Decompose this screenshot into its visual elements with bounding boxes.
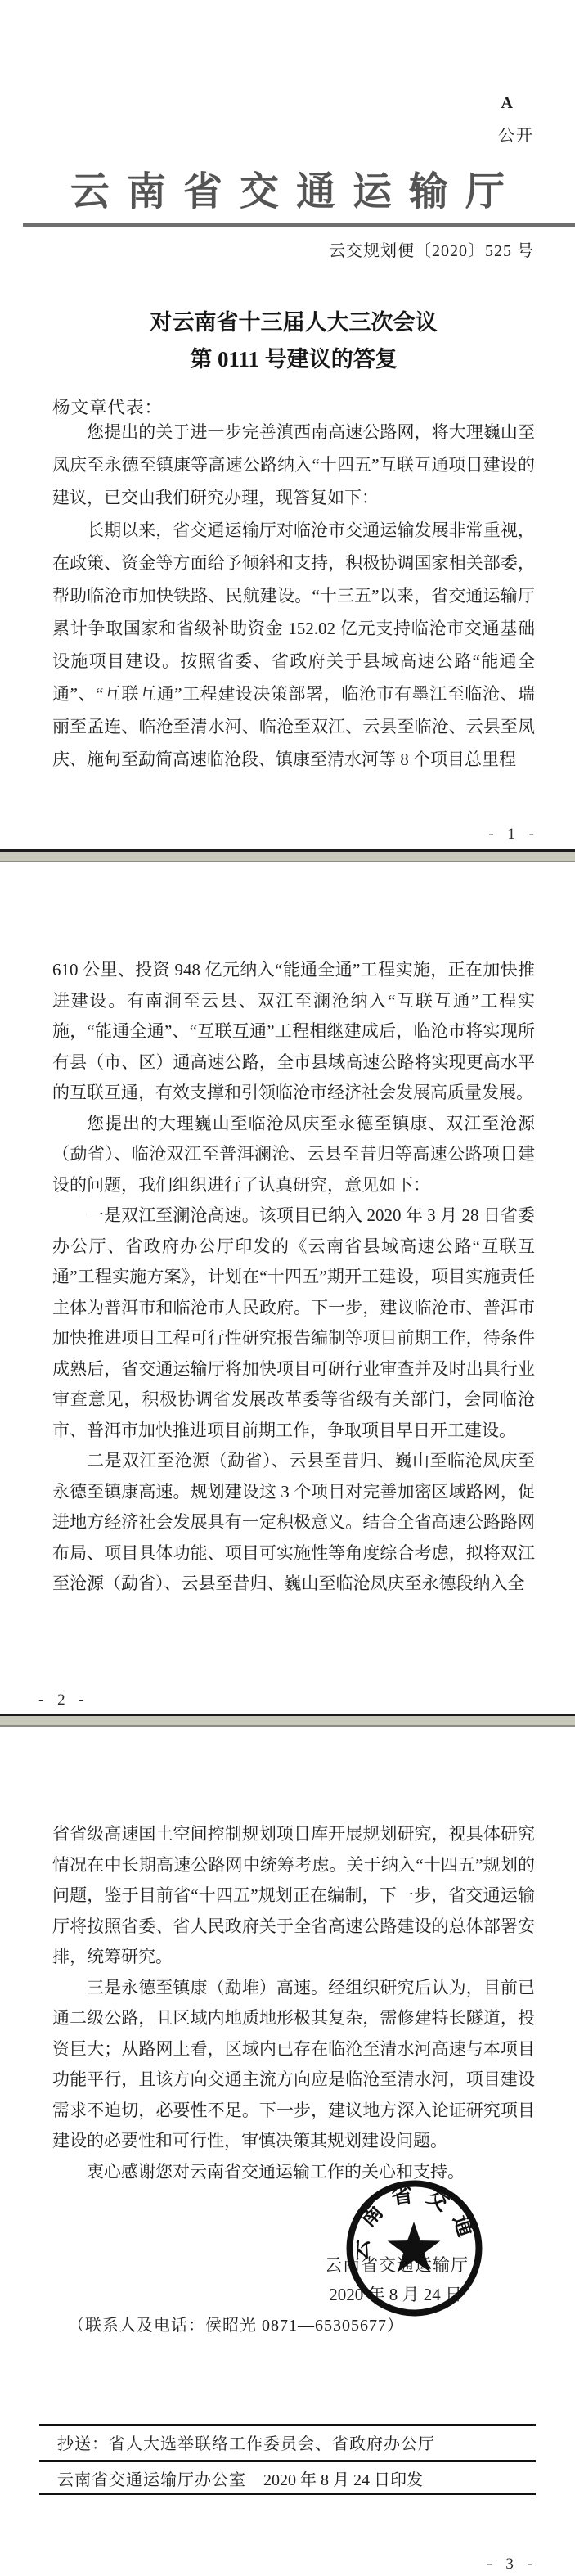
imprint-rule-middle — [39, 2460, 536, 2462]
document-title-line2: 第 0111 号建议的答复 — [190, 347, 398, 372]
document-title: 对云南省十三届人大三次会议 第 0111 号建议的答复 — [52, 304, 535, 378]
body-paragraph: 省省级高速国土空间控制规划项目库开展规划研究，视具体研究情况在中长期高速公路网中… — [52, 1819, 535, 1973]
imprint-rule-bottom — [39, 2493, 536, 2495]
body-paragraph: 您提出的大理巍山至临沧凤庆至永德至镇康、双江至沧源（勐省）、临沧双江至普洱澜沧、… — [52, 1109, 535, 1201]
page-separator — [0, 1714, 575, 1727]
security-classification: A — [501, 93, 513, 113]
letterhead-org-title: 云南省交通运输厅 — [0, 169, 575, 215]
contact-line: （联系人及电话：侯昭光 0871—65305677） — [68, 2316, 404, 2335]
page2-body: 610 公里、投资 948 亿元纳入“能通全通”工程实施，正在加快推进建设。有南… — [52, 955, 535, 1600]
document-number: 云交规划便〔2020〕525 号 — [329, 241, 534, 261]
page-separator — [0, 849, 575, 862]
body-paragraph: 610 公里、投资 948 亿元纳入“能通全通”工程实施，正在加快推进建设。有南… — [52, 955, 535, 1109]
official-seal: 云南省交通运输厅 — [344, 2177, 485, 2319]
publicity-label: 公开 — [498, 126, 534, 146]
document-title-line1: 对云南省十三届人大三次会议 — [150, 310, 438, 335]
scanned-official-document: A 公开 云南省交通运输厅 云交规划便〔2020〕525 号 对云南省十三届人大… — [0, 0, 575, 2576]
body-paragraph: 一是双江至澜沧高速。该项目已纳入 2020 年 3 月 28 日省委办公厅、省政… — [52, 1200, 535, 1446]
body-paragraph: 二是双江至沧源（勐省）、云县至昔归、巍山至临沧凤庆至永德至镇康高速。规划建设这 … — [52, 1446, 535, 1600]
body-paragraph: 您提出的关于进一步完善滇西南高速公路网，将大理巍山至凤庆至永德至镇康等高速公路纳… — [52, 416, 535, 514]
page1-body: 您提出的关于进一步完善滇西南高速公路网，将大理巍山至凤庆至永德至镇康等高速公路纳… — [52, 416, 535, 776]
page-number-1: - 1 - — [488, 825, 539, 844]
body-paragraph: 三是永德至镇康（勐堆）高速。经组织研究后认为，目前已通二级公路，且区域内地质地形… — [52, 1973, 535, 2157]
letterhead-divider — [23, 223, 575, 227]
page-number-2: - 2 - — [38, 1691, 89, 1710]
page3-body: 省省级高速国土空间控制规划项目库开展规划研究，视具体研究情况在中长期高速公路网中… — [52, 1819, 535, 2187]
body-paragraph: 长期以来，省交通运输厅对临沧市交通运输发展非常重视，在政策、资金等方面给予倾斜和… — [52, 514, 535, 776]
imprint-print-date: 2020 年 8 月 24 日印发 — [263, 2470, 423, 2490]
imprint-issuer: 云南省交通运输厅办公室 — [57, 2470, 246, 2490]
page-number-3: - 3 - — [487, 2555, 537, 2574]
star-icon — [388, 2222, 441, 2272]
imprint-rule-top — [39, 2424, 536, 2426]
salutation: 杨文章代表： — [52, 398, 163, 417]
copy-to-line: 抄送：省人大选举联络工作委员会、省政府办公厅 — [57, 2434, 435, 2454]
